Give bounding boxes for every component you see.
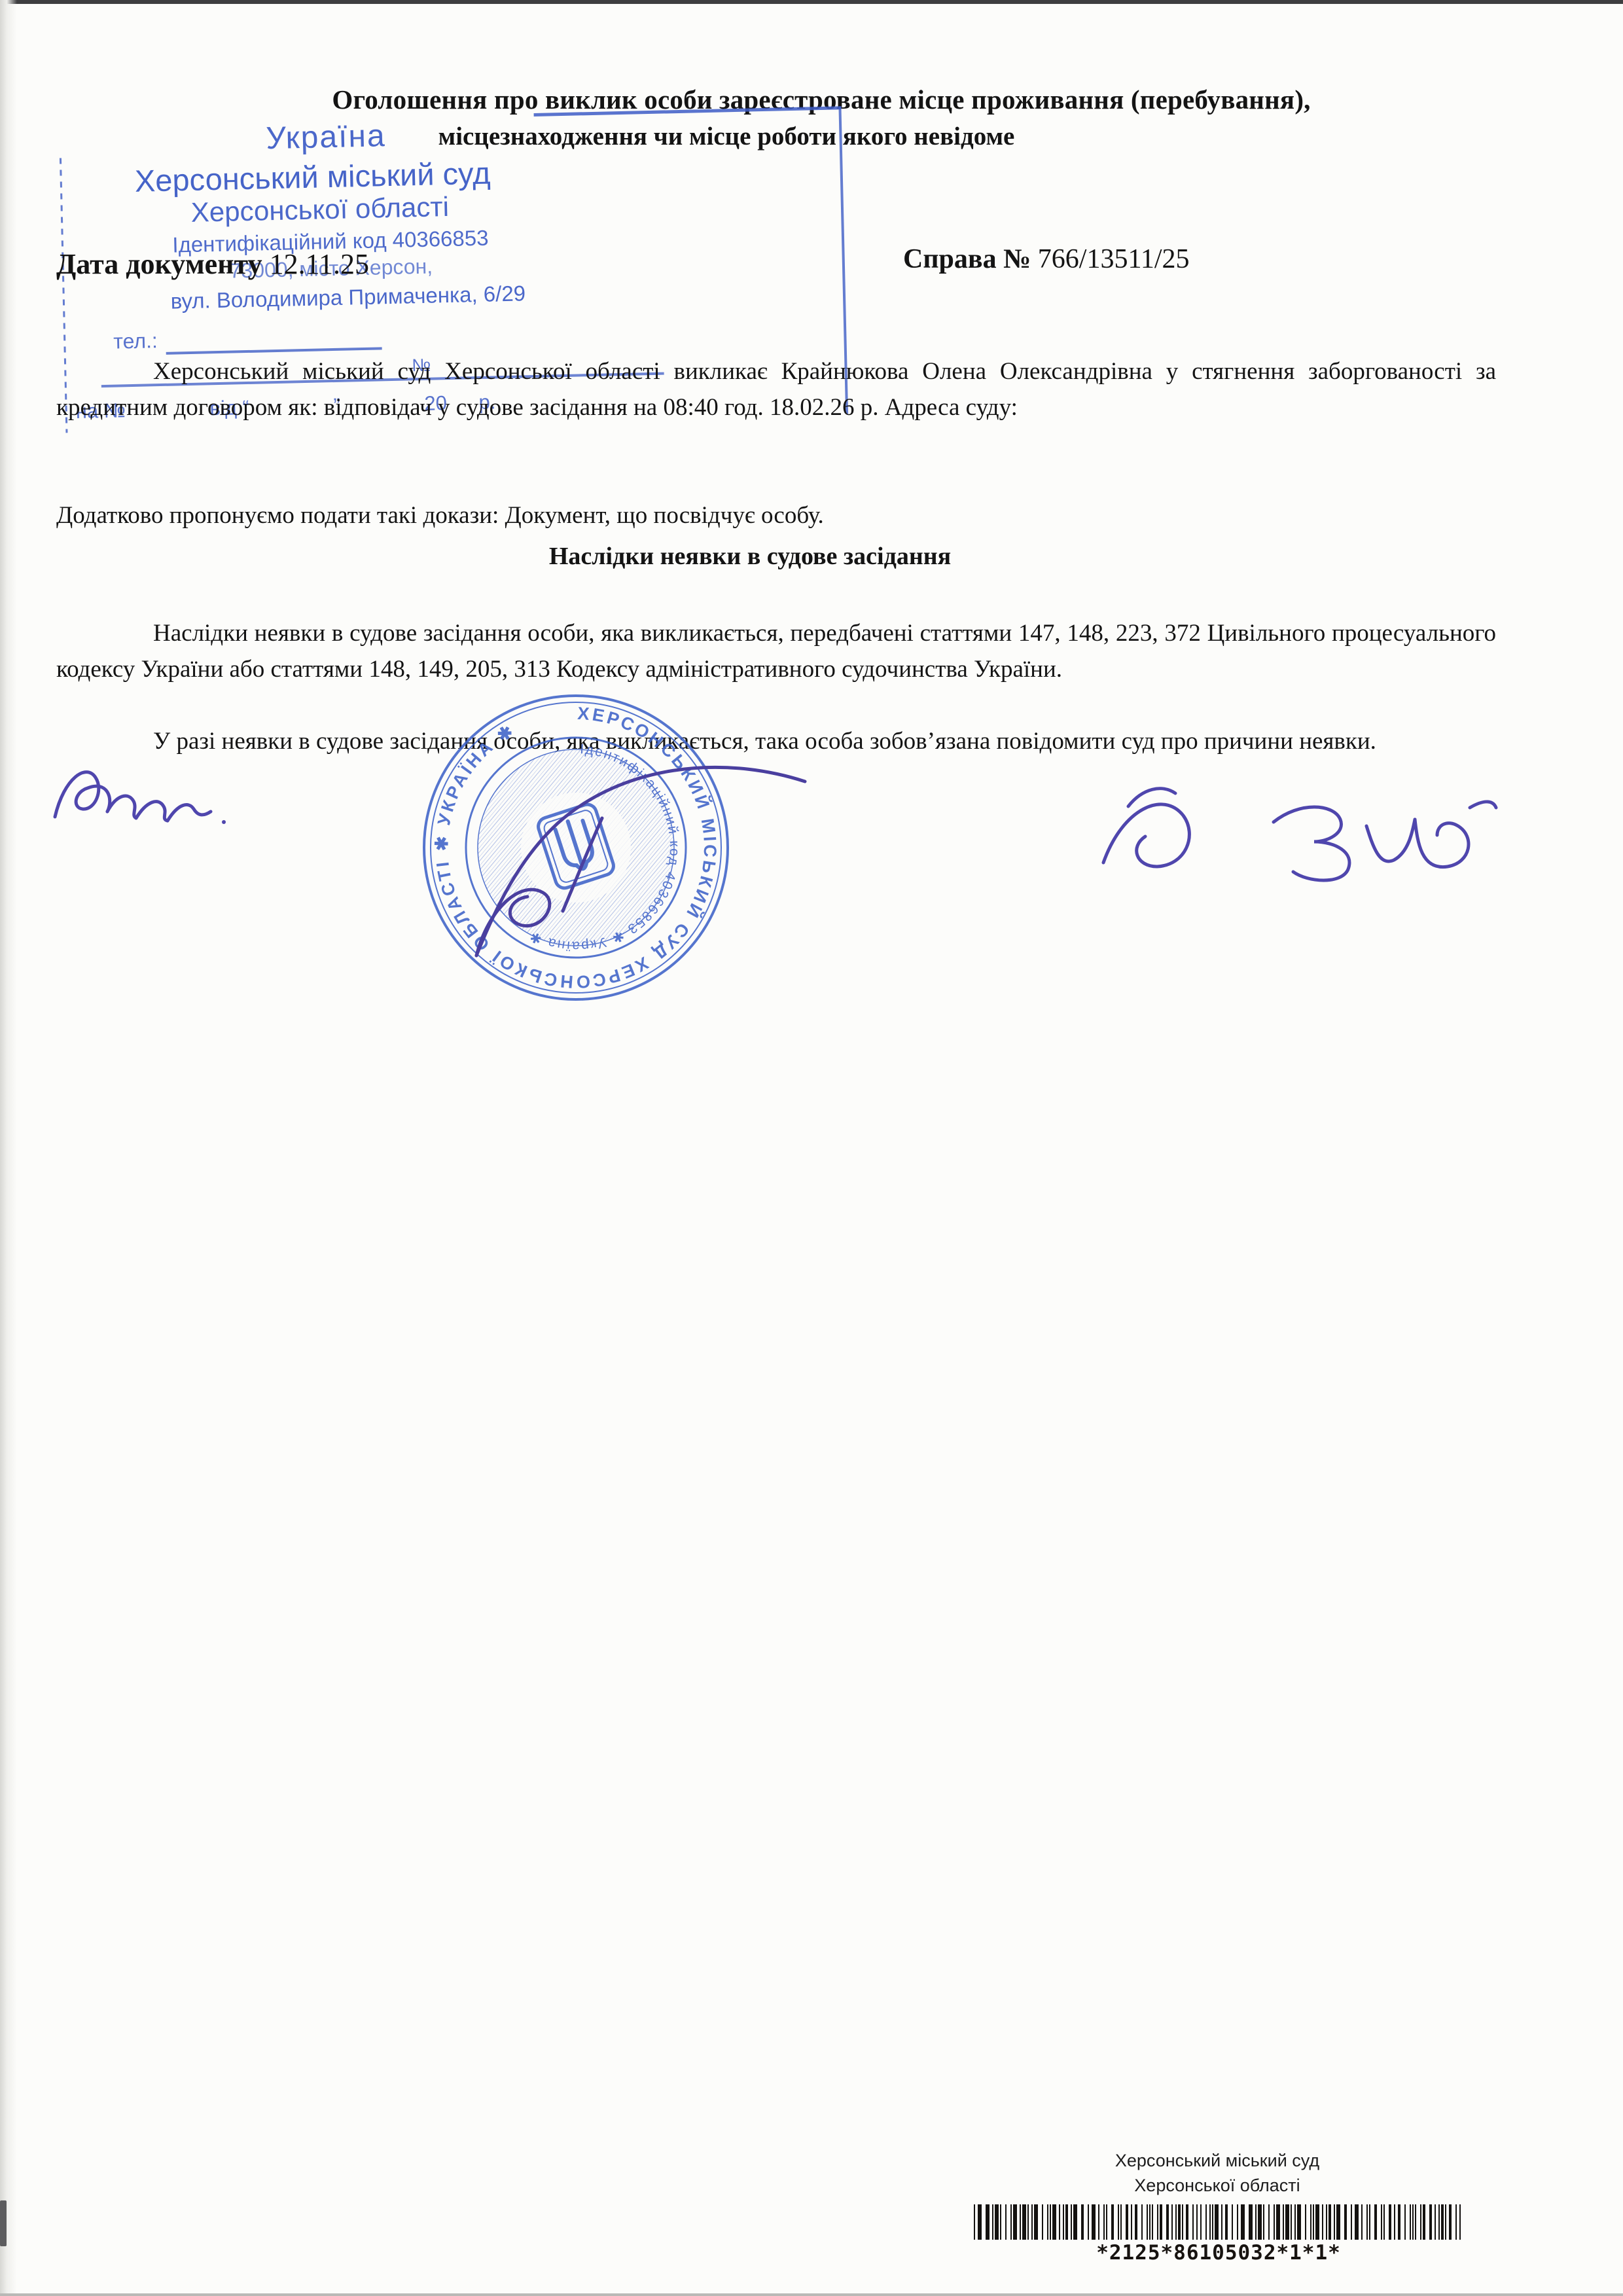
judge-signature-over-seal: [406, 740, 838, 975]
case-number-label: Справа №: [903, 244, 1031, 274]
stamp-court-name: Херсонський міський суд: [50, 153, 575, 201]
footer-court-line2: Херсонської області: [969, 2173, 1466, 2198]
scanned-court-document: Оголошення про виклик особи зареєстрован…: [0, 0, 1623, 2296]
case-number-value: 766/13511/25: [1038, 244, 1190, 274]
footer-court-line1: Херсонський міський суд: [969, 2148, 1466, 2173]
stamp-address-line2: вул. Володимира Примаченка, 6/29: [54, 278, 643, 316]
body-paragraph-articles: Наслідки неявки в судове засідання особи…: [56, 615, 1496, 687]
body-paragraph-evidence: Додатково пропонуємо подати такі докази:…: [56, 497, 1496, 533]
judge-signature-left: [46, 746, 255, 851]
scan-artifact: [0, 2200, 7, 2246]
section-heading-consequences: Наслідки неявки в судове засідання: [56, 542, 1444, 571]
body-paragraph-summons: Херсонський міський суд Херсонської обла…: [56, 353, 1496, 425]
footer-court-name: Херсонський міський суд Херсонської обла…: [969, 2148, 1466, 2198]
document-date-label: Дата документу: [56, 248, 262, 280]
judge-signature-right: [1080, 779, 1499, 910]
case-number: Справа № 766/13511/25: [903, 243, 1190, 275]
document-title-line1: Оголошення про виклик особи зареєстрован…: [223, 84, 1420, 115]
document-date: Дата документу 12.11.25: [56, 247, 369, 281]
scan-edge-bottom: [0, 2293, 1623, 2296]
stamp-court-region: Херсонської області: [51, 188, 588, 232]
barcode-text: *2125*86105032*1*1*: [974, 2241, 1463, 2265]
stamp-phone-label: тел.:: [113, 329, 158, 354]
document-title-line2: місцезнаходження чи місце роботи якого н…: [366, 122, 1086, 151]
scan-edge-left: [0, 0, 17, 2296]
barcode: [974, 2204, 1463, 2240]
scan-edge-top: [0, 0, 1623, 4]
document-date-value: 12.11.25: [270, 248, 369, 280]
